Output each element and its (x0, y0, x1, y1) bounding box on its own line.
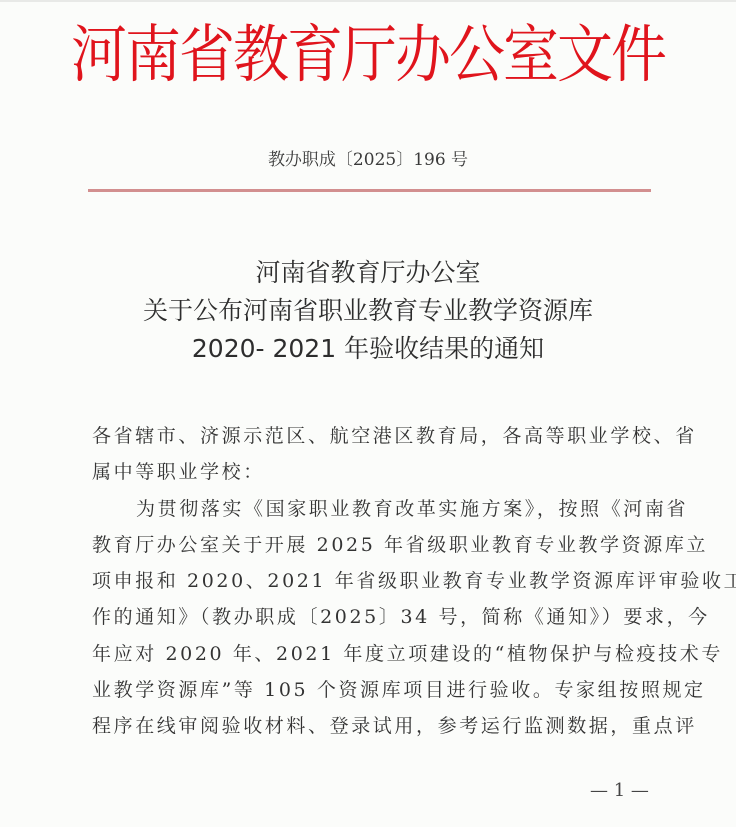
notice-title: 河南省教育厅办公室 关于公布河南省职业教育专业教学资源库 2020- 2021 … (0, 254, 736, 368)
paragraph-line: 年应对 2020 年、2021 年度立项建设的“植物保护与检疫技术专 (92, 636, 658, 672)
document-header-title: 河南省教育厅办公室文件 (0, 18, 736, 94)
notice-title-line-3: 2020- 2021 年验收结果的通知 (0, 330, 736, 368)
paragraph-line: 为贯彻落实《国家职业教育改革实施方案》，按照《河南省 (92, 491, 658, 527)
notice-title-line-1: 河南省教育厅办公室 (0, 254, 736, 292)
paragraph-line: 教育厅办公室关于开展 2025 年省级职业教育专业教学资源库立 (92, 527, 658, 563)
paragraph-line: 业教学资源库”等 105 个资源库项目进行验收。专家组按照规定 (92, 672, 658, 708)
paragraph-line: 程序在线审阅验收材料、登录试用，参考运行监测数据，重点评 (92, 708, 658, 744)
notice-title-line-2: 关于公布河南省职业教育专业教学资源库 (0, 292, 736, 330)
paragraph-line: 项申报和 2020、2021 年省级职业教育专业教学资源库评审验收工 (92, 563, 658, 599)
document-number: 教办职成〔2025〕196 号 (0, 148, 736, 172)
paragraph-line: 作的通知》（教办职成〔2025〕34 号，简称《通知》）要求，今 (92, 599, 658, 635)
addressee-line-1: 各省辖市、济源示范区、航空港区教育局，各高等职业学校、省 (92, 418, 658, 454)
addressee-line-2: 属中等职业学校： (92, 454, 658, 490)
document-body: 各省辖市、济源示范区、航空港区教育局，各高等职业学校、省 属中等职业学校： 为贯… (92, 418, 658, 745)
page-top-edge (0, 0, 736, 2)
page-number: — 1 — (590, 780, 649, 802)
header-divider-rule (88, 189, 651, 192)
